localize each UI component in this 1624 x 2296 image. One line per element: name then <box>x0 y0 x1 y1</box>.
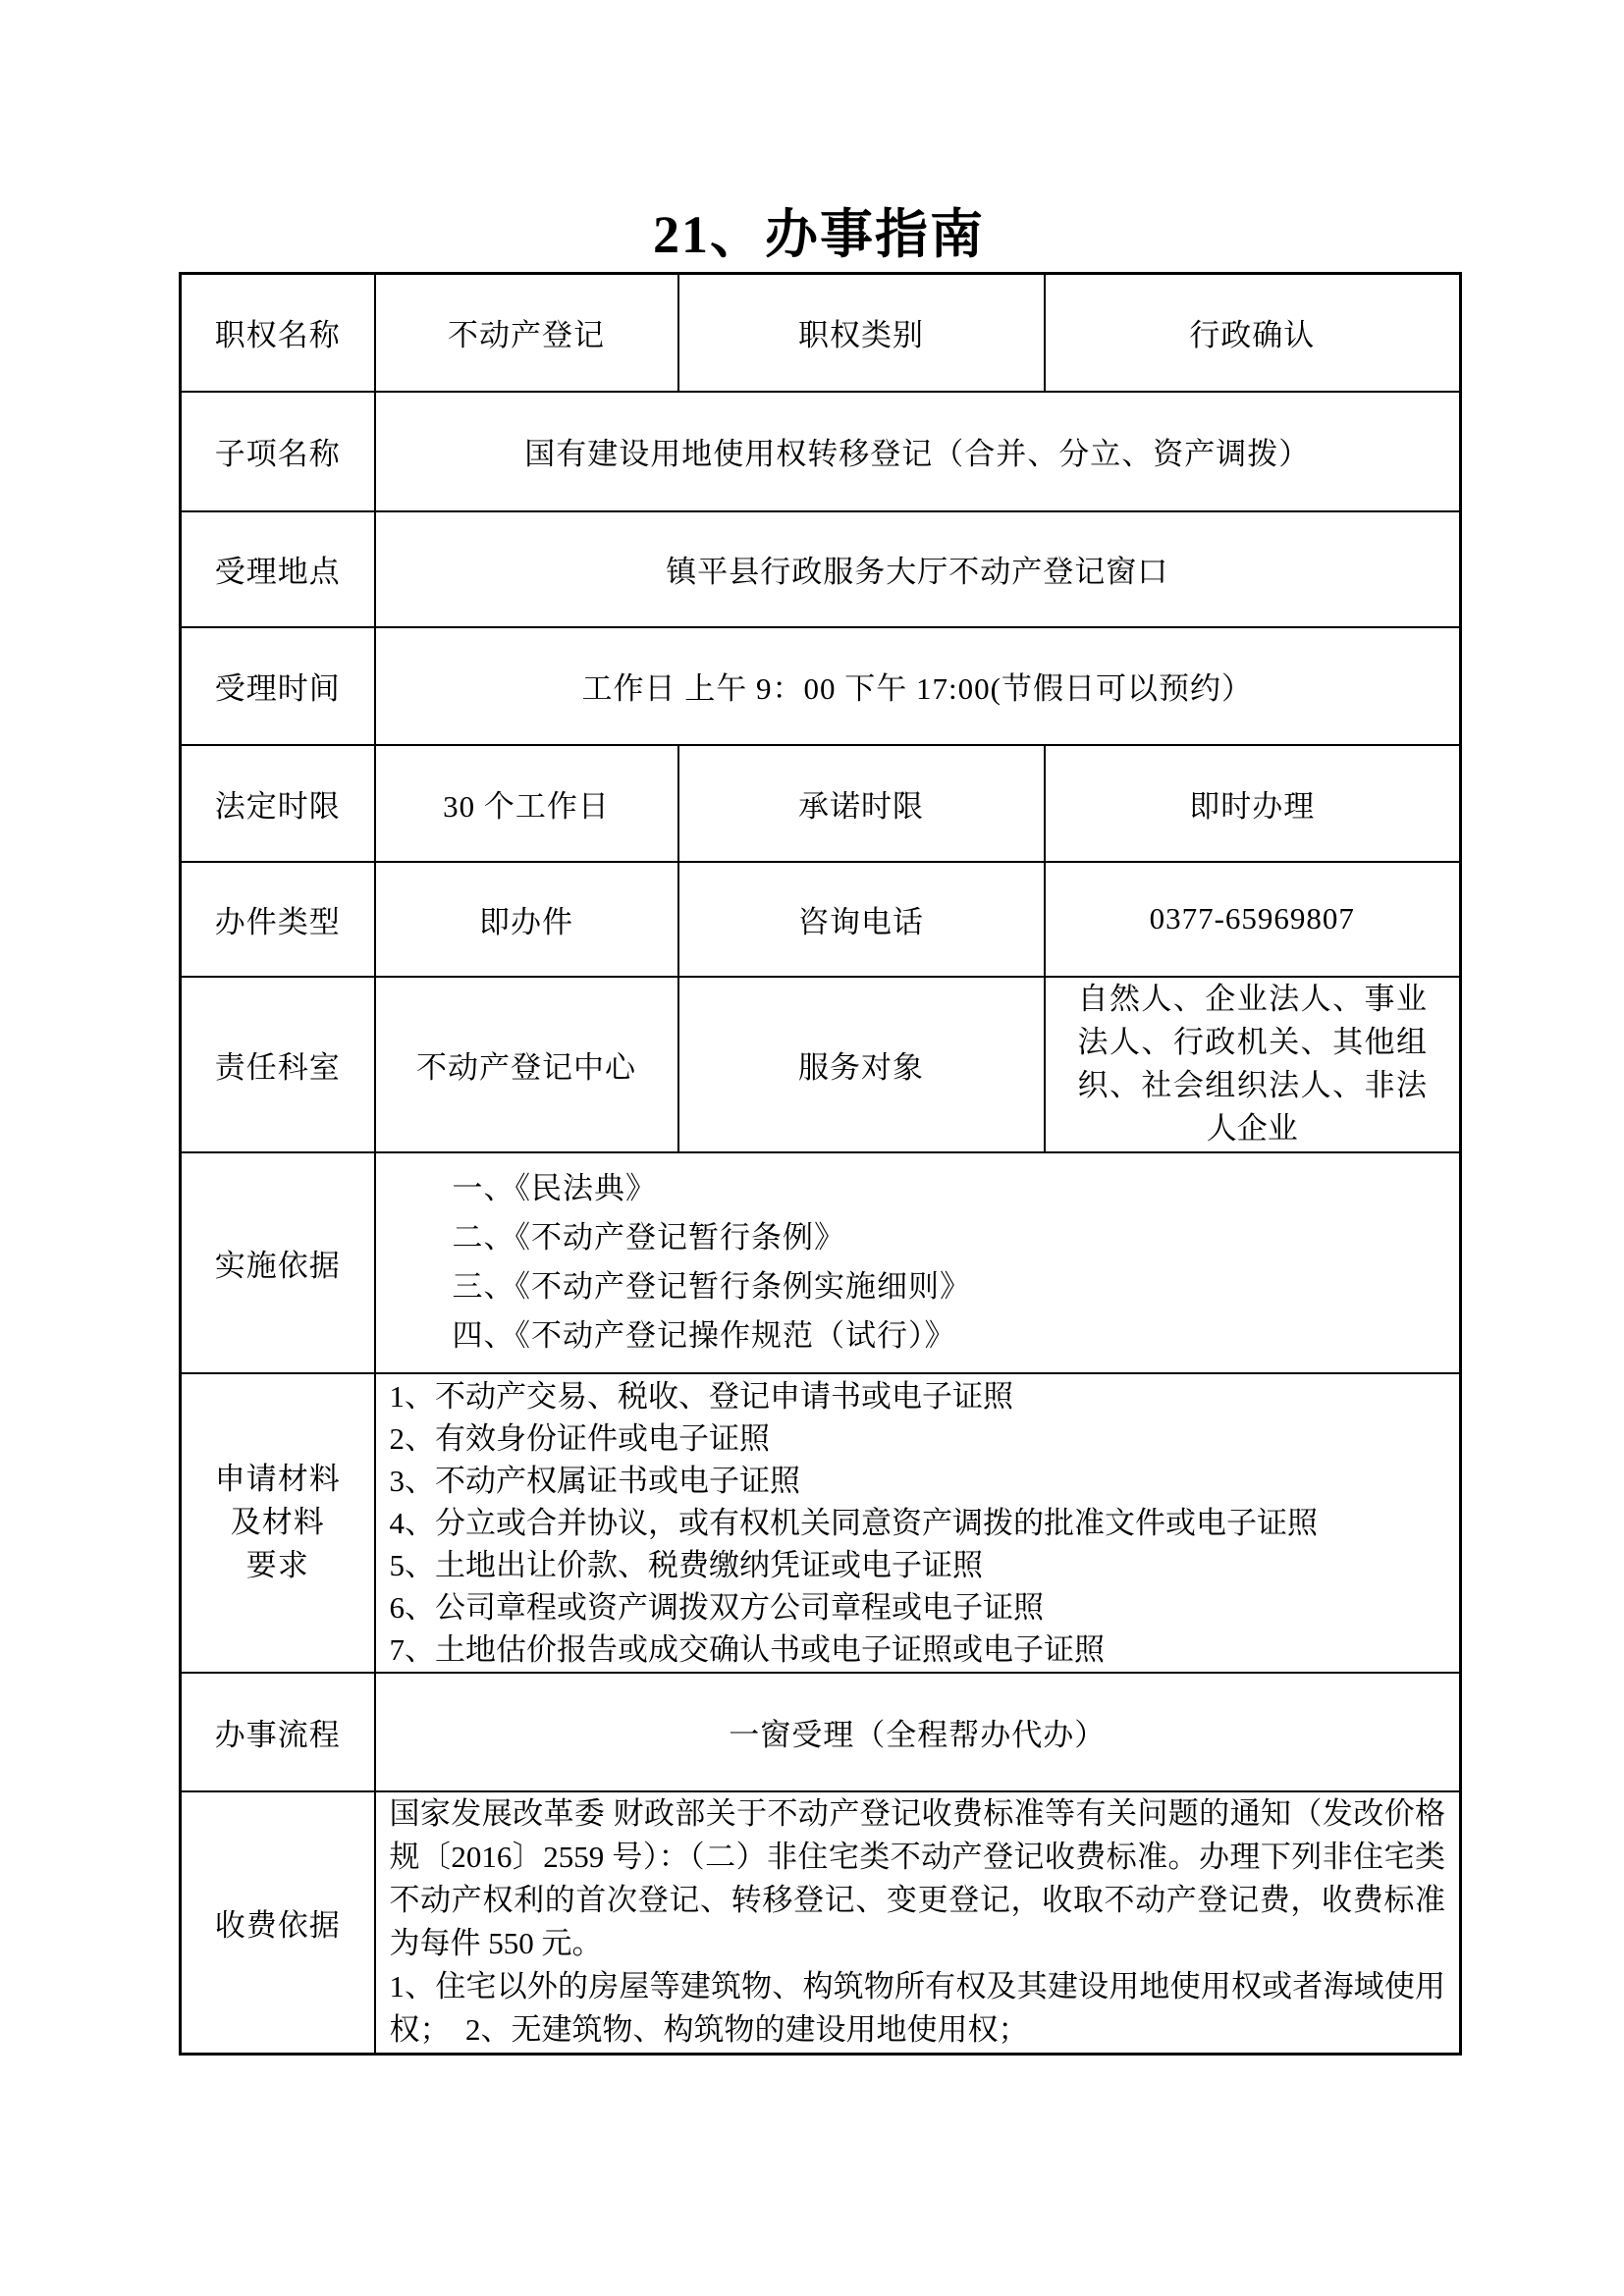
row-responsible-dept: 责任科室 不动产登记中心 服务对象 自然人、企业法人、事业法人、行政机关、其他组… <box>181 977 1461 1152</box>
document-page: 21、办事指南 职权名称 不动产登记 职权类别 行政确认 子项名称 国有建设用地… <box>0 0 1624 2296</box>
application-materials-label: 申请材料 及材料 要求 <box>181 1373 375 1673</box>
inquiry-phone-label: 咨询电话 <box>678 862 1045 977</box>
fee-basis-value: 国家发展改革委 财政部关于不动产登记收费标准等有关问题的通知（发改价格规〔201… <box>375 1791 1461 2055</box>
row-case-type: 办件类型 即办件 咨询电话 0377-65969807 <box>181 862 1461 977</box>
service-target-label: 服务对象 <box>678 977 1045 1152</box>
promised-limit-label: 承诺时限 <box>678 745 1045 862</box>
implementation-basis-label: 实施依据 <box>181 1152 375 1373</box>
subitem-name-value: 国有建设用地使用权转移登记（合并、分立、资产调拨） <box>375 392 1461 511</box>
accept-location-label: 受理地点 <box>181 511 375 627</box>
inquiry-phone-value: 0377-65969807 <box>1045 862 1461 977</box>
subitem-name-label: 子项名称 <box>181 392 375 511</box>
row-subitem-name: 子项名称 国有建设用地使用权转移登记（合并、分立、资产调拨） <box>181 392 1461 511</box>
row-statutory-limit: 法定时限 30 个工作日 承诺时限 即时办理 <box>181 745 1461 862</box>
row-application-materials: 申请材料 及材料 要求 1、不动产交易、税收、登记申请书或电子证照 2、有效身份… <box>181 1373 1461 1673</box>
row-authority-name: 职权名称 不动产登记 职权类别 行政确认 <box>181 274 1461 392</box>
statutory-limit-value: 30 个工作日 <box>375 745 678 862</box>
authority-name-label: 职权名称 <box>181 274 375 392</box>
service-target-value: 自然人、企业法人、事业法人、行政机关、其他组织、社会组织法人、非法人企业 <box>1045 977 1461 1152</box>
responsible-dept-value: 不动产登记中心 <box>375 977 678 1152</box>
statutory-limit-label: 法定时限 <box>181 745 375 862</box>
authority-type-label: 职权类别 <box>678 274 1045 392</box>
row-process: 办事流程 一窗受理（全程帮办代办） <box>181 1673 1461 1791</box>
promised-limit-value: 即时办理 <box>1045 745 1461 862</box>
accept-location-value: 镇平县行政服务大厅不动产登记窗口 <box>375 511 1461 627</box>
process-value: 一窗受理（全程帮办代办） <box>375 1673 1461 1791</box>
service-guide-table: 职权名称 不动产登记 职权类别 行政确认 子项名称 国有建设用地使用权转移登记（… <box>179 272 1462 2056</box>
case-type-label: 办件类型 <box>181 862 375 977</box>
process-label: 办事流程 <box>181 1673 375 1791</box>
accept-time-label: 受理时间 <box>181 627 375 745</box>
authority-type-value: 行政确认 <box>1045 274 1461 392</box>
row-accept-time: 受理时间 工作日 上午 9：00 下午 17:00(节假日可以预约） <box>181 627 1461 745</box>
row-fee-basis: 收费依据 国家发展改革委 财政部关于不动产登记收费标准等有关问题的通知（发改价格… <box>181 1791 1461 2055</box>
implementation-basis-value: 一、《民法典》 二、《不动产登记暂行条例》 三、《不动产登记暂行条例实施细则》 … <box>375 1152 1461 1373</box>
authority-name-value: 不动产登记 <box>375 274 678 392</box>
application-materials-value: 1、不动产交易、税收、登记申请书或电子证照 2、有效身份证件或电子证照 3、不动… <box>375 1373 1461 1673</box>
row-accept-location: 受理地点 镇平县行政服务大厅不动产登记窗口 <box>181 511 1461 627</box>
case-type-value: 即办件 <box>375 862 678 977</box>
row-implementation-basis: 实施依据 一、《民法典》 二、《不动产登记暂行条例》 三、《不动产登记暂行条例实… <box>181 1152 1461 1373</box>
page-title: 21、办事指南 <box>179 204 1459 265</box>
accept-time-value: 工作日 上午 9：00 下午 17:00(节假日可以预约） <box>375 627 1461 745</box>
fee-basis-label: 收费依据 <box>181 1791 375 2055</box>
responsible-dept-label: 责任科室 <box>181 977 375 1152</box>
